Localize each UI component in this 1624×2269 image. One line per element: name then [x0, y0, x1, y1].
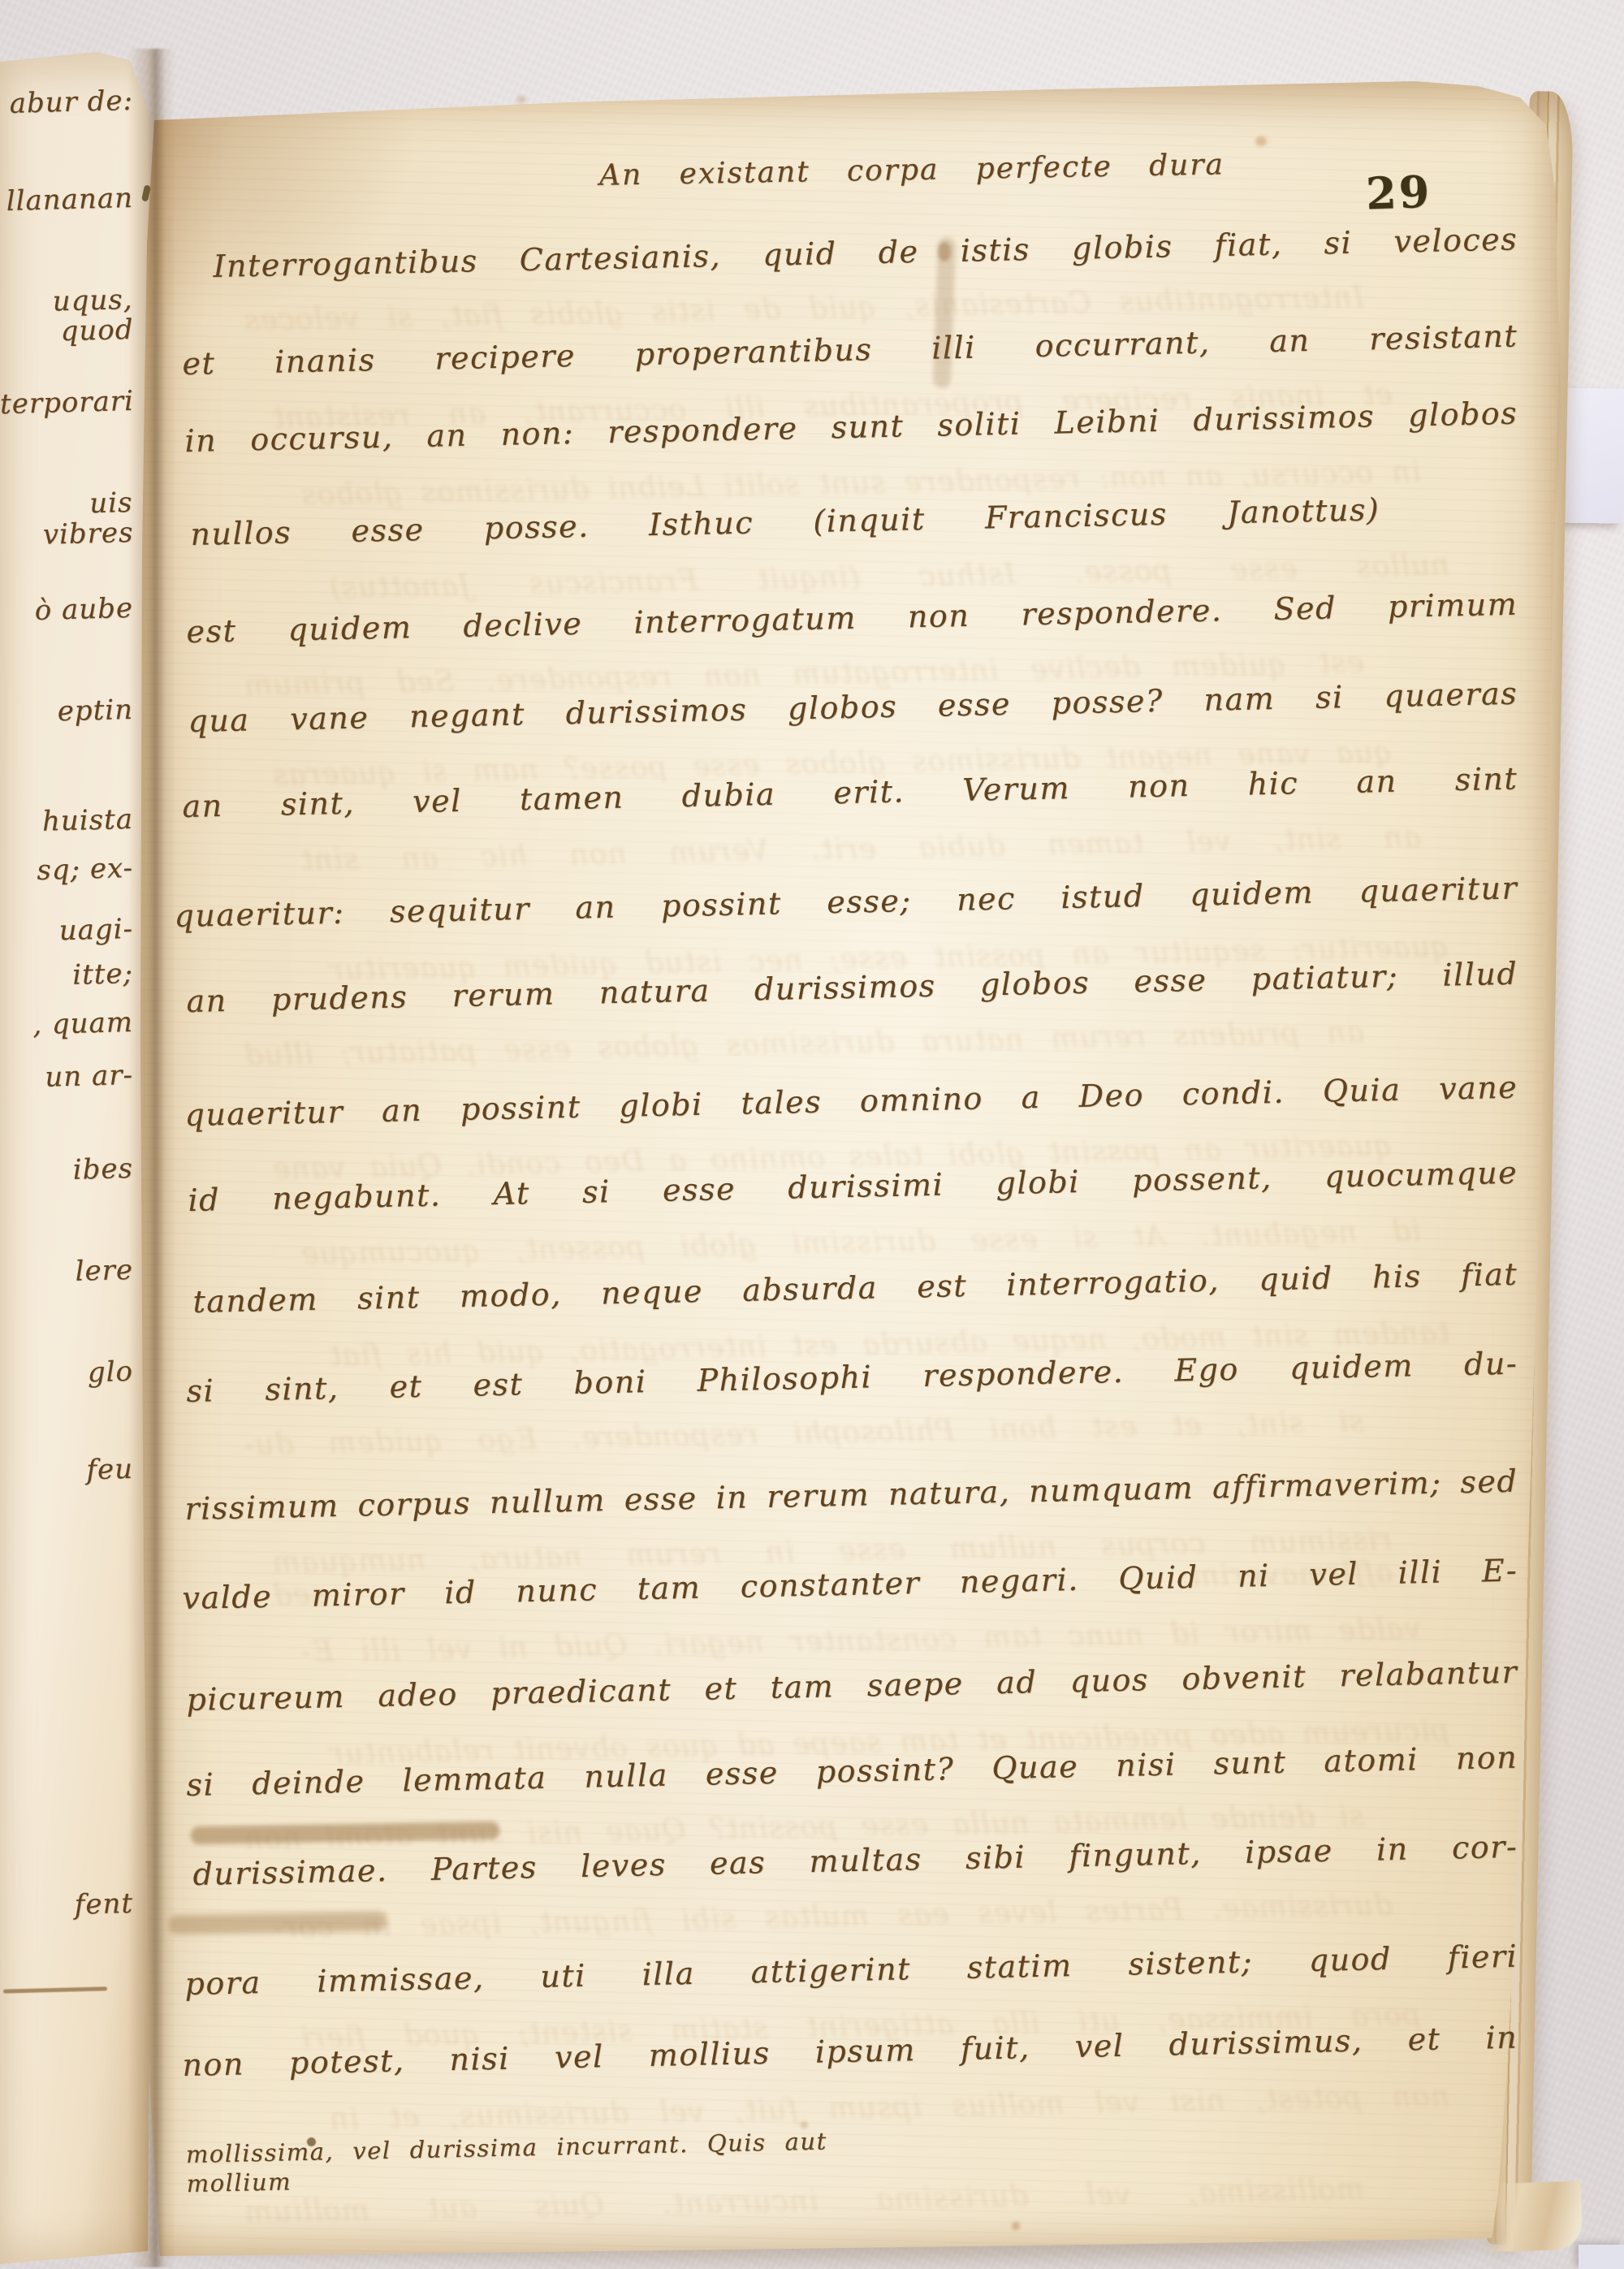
manuscript-line: mollissima, vel durissima incurrant. Qui… — [185, 2126, 827, 2198]
photo-background: Interrogantibus Cartesianis, quid de ist… — [0, 0, 1624, 2269]
manuscript-line: Interrogantibus Cartesianis, quid de ist… — [213, 220, 1518, 286]
manuscript-line: an sint, vel tamen dubia erit. Verum non… — [182, 760, 1518, 827]
manuscript-line: tandem sint modo, neque absurda est inte… — [192, 1256, 1518, 1322]
page-number: 29 — [1365, 170, 1432, 216]
manuscript-line: rissimum corpus nullum esse in rerum nat… — [184, 1463, 1518, 1529]
manuscript-line: quaeritur an possint globi tales omnino … — [184, 1069, 1518, 1135]
manuscript-line: et inanis recipere properantibus illi oc… — [182, 318, 1518, 384]
manuscript-line: quaeritur: sequitur an possint esse; nec… — [174, 869, 1518, 936]
manuscript-line: an prudens rerum natura durissimos globo… — [186, 955, 1518, 1022]
page-heading: An existant corpa perfecte dura — [599, 147, 1225, 193]
manuscript-line: si sint, et est boni Philosophi responde… — [186, 1345, 1518, 1411]
manuscript-line: picureum adeo praedicant et tam saepe ad… — [186, 1653, 1518, 1720]
manuscript-line: id negabunt. At si esse durissimi globi … — [188, 1154, 1518, 1221]
manuscript-line: in occursu, an non: respondere sunt soli… — [184, 395, 1518, 461]
manuscript-line: si deinde lemmata nulla esse possint? Qu… — [186, 1739, 1518, 1805]
manuscript-line: qua vane negant durissimos globos esse p… — [188, 675, 1518, 741]
manuscript-line: non potest, nisi vel mollius ipsum fuit,… — [182, 2019, 1518, 2085]
manuscript-line: est quidem declive interrogatum non resp… — [186, 586, 1518, 652]
ink-drip-stain — [938, 242, 951, 261]
manuscript-line: nullos esse posse. Isthuc (inquit Franci… — [190, 491, 1380, 554]
ink-smudge — [169, 1912, 387, 1935]
manuscript-line: pora immissae, uti illa attigerint stati… — [184, 1938, 1518, 2004]
manuscript-line: valde miror id nunc tam constanter negar… — [182, 1552, 1518, 1619]
ink-spot — [307, 2137, 316, 2146]
